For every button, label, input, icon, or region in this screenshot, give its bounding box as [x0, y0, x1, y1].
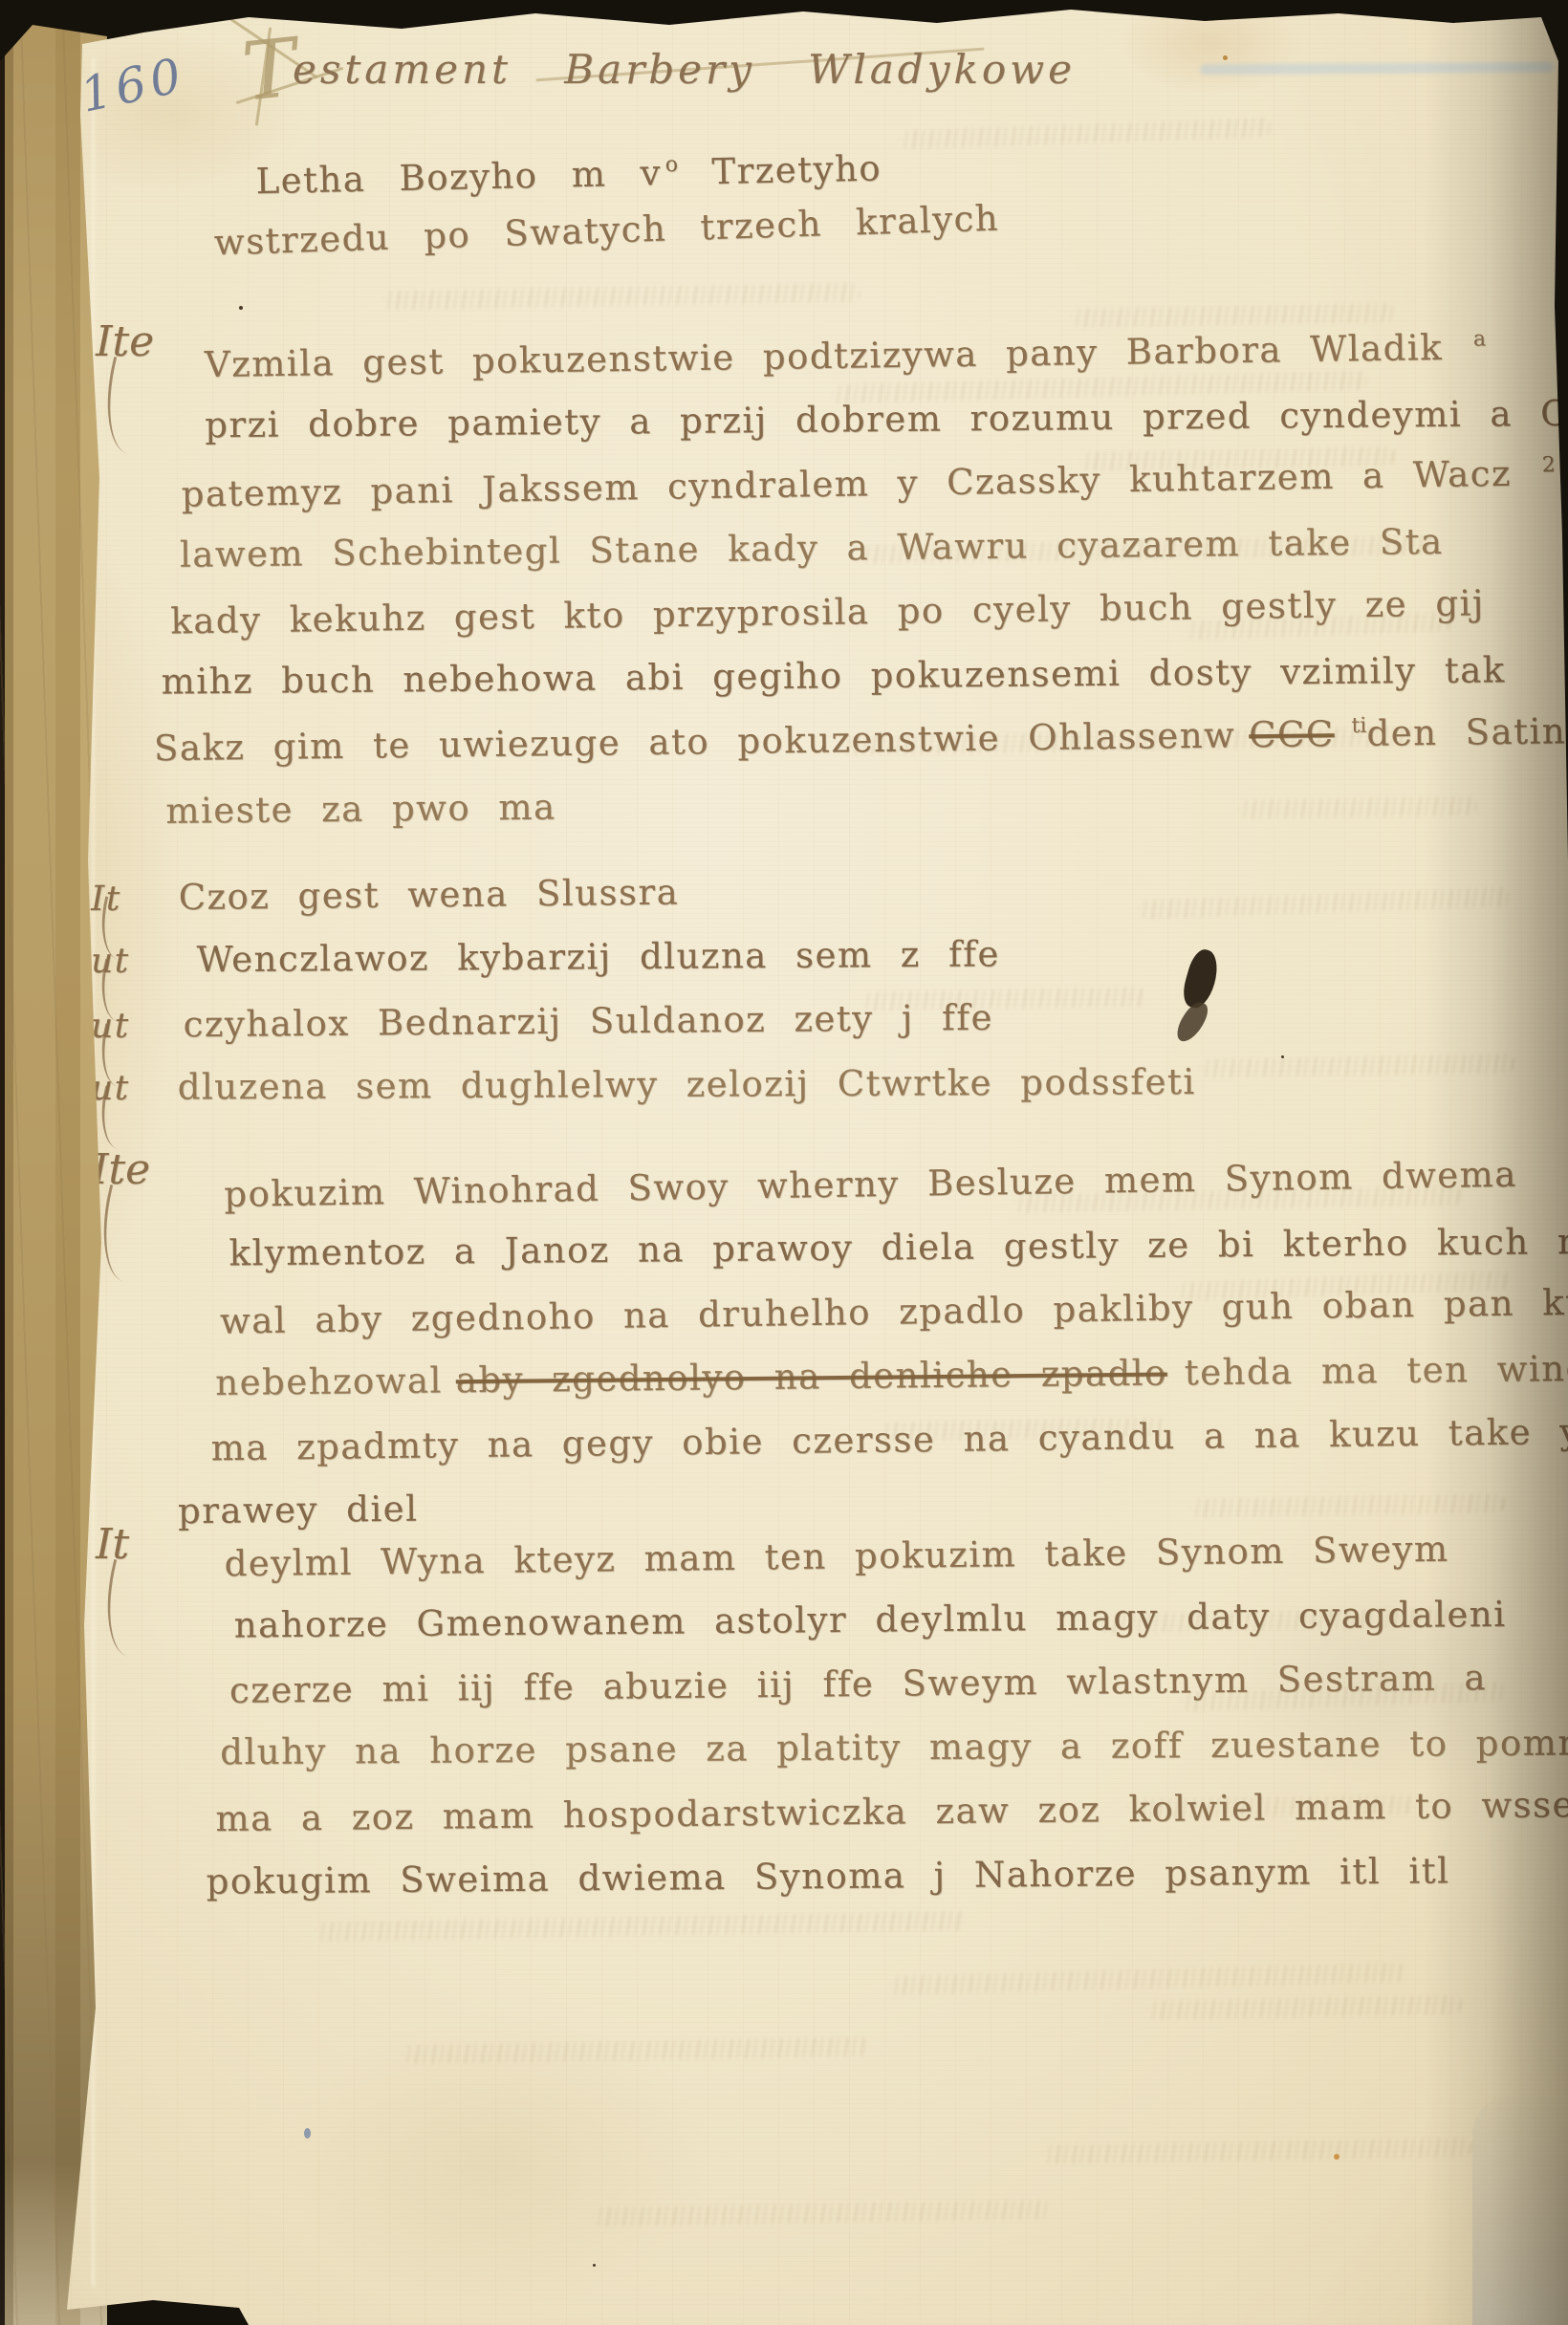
item-row-4: utdluzena sem dughlelwy zelozij Ctwrtke …: [91, 1050, 1196, 1119]
paragraph-1: Vzmila gest pokuzenstwie podtzizywa pany…: [152, 312, 1568, 832]
rust-speck: [1223, 55, 1228, 60]
paragraph-3: deylml Wyna kteyz mam ten pokuzim take S…: [90, 1512, 1568, 1902]
superscript: 2: [1542, 453, 1556, 477]
subtitle-block: Letha Bozyho m vo Trzetyho wstrzedu po S…: [255, 126, 1000, 270]
struck-text: [1525, 453, 1526, 494]
bleed-through-line: [593, 2200, 1052, 2227]
bleed-through-line: [316, 1911, 966, 1942]
paragraph3-line4: dluhy na horze psane za platity magy a z…: [220, 1702, 1568, 1776]
item-text: Czoz gest wena Slussra: [178, 872, 679, 918]
paragraph3-margin-mark: It: [96, 1520, 129, 1569]
item-text: Wenczlawoz kybarzij dluzna sem z ffe: [197, 933, 1000, 980]
ink-speck: [1281, 1055, 1284, 1058]
ink-speck: [593, 2264, 596, 2267]
item-row-2: utWenczlawoz kybarzij dluzna sem z ffe: [91, 921, 1196, 992]
item-text: dluzena sem dughlelwy zelozij Ctwrtke po…: [178, 1061, 1196, 1108]
bleed-through-line: [1200, 1054, 1515, 1078]
item-list: ItCzoz gest wena Slussra utWenczlawoz ky…: [91, 860, 1196, 1117]
superscript: o: [664, 153, 678, 177]
superscript: a: [1473, 327, 1486, 351]
item-row-1: ItCzoz gest wena Slussra: [91, 855, 1196, 930]
struck-text: aby zgednolyo na denliche zpadlo: [456, 1352, 1167, 1401]
item-mark: ut: [91, 942, 130, 981]
item-mark: ut: [91, 1069, 130, 1108]
bleed-through-line: [1147, 1995, 1463, 2020]
struck-text: CCC: [1249, 713, 1335, 755]
bleed-through-line: [889, 1963, 1405, 1995]
paragraph3-line6: pokugim Sweima dwiema Synoma j Nahorze p…: [206, 1829, 1568, 1906]
item-text: czyhalox Bednarzij Suldanoz zety j ffe: [183, 997, 993, 1045]
scan-artifact-streak: [1200, 62, 1554, 76]
manuscript-page: ls 160 T estament Barbery Wladykowe Leth…: [0, 0, 1568, 2325]
rust-speck: [468, 15, 473, 21]
paragraph2-margin-mark: Ite: [92, 1145, 150, 1194]
bottom-right-shade: [1472, 2096, 1568, 2325]
ink-speck: [239, 306, 243, 310]
superscript: ti: [1351, 714, 1366, 738]
item-row-3: utczyhalox Bednarzij Suldanoz zety j ffe: [91, 984, 1196, 1057]
bleed-through-line: [1042, 2138, 1472, 2164]
struck-text: [1456, 327, 1457, 368]
item-mark: ut: [91, 1007, 130, 1046]
rust-speck: [1334, 2154, 1339, 2160]
paragraph-2: pokuzim Winohrad Swoy wherny Besluze mem…: [90, 1140, 1568, 1532]
paragraph1-margin-mark: Ite: [96, 317, 154, 366]
page-title: estament Barbery Wladykowe: [293, 46, 1076, 93]
scan-background: ls 160 T estament Barbery Wladykowe Leth…: [0, 0, 1568, 2325]
pencil-speck: [304, 2128, 311, 2139]
item-mark: It: [91, 880, 121, 919]
bleed-through-line: [402, 2037, 870, 2065]
underlying-page-edges: [0, 0, 107, 2325]
bleed-through-line: [382, 283, 860, 311]
